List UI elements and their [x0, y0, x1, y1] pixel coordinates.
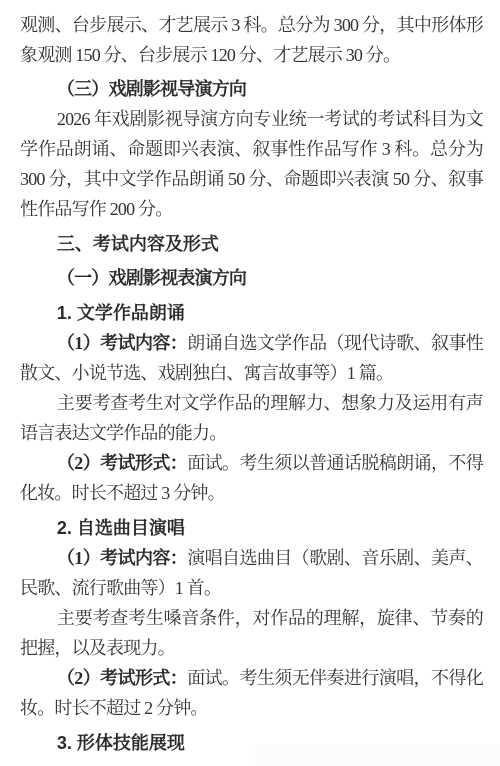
bold-label-run: （1）考试内容： — [57, 548, 187, 568]
para-body-scores-continuation: 观测、台步展示、才艺展示 3 科。总分为 300 分，其中形体形象观测 150 … — [20, 10, 483, 70]
bold-label-run: （三）戏剧影视导演方向 — [57, 79, 246, 99]
para-recitation-assessment: 主要考查考生对文学作品的理解力、想象力及运用有声语言表达文学作品的能力。 — [20, 388, 483, 448]
heading-section-3-exam-content-format: 三、考试内容及形式 — [20, 229, 483, 259]
heading-2-self-selected-song-singing: 2. 自选曲目演唱 — [20, 513, 483, 543]
text-run: 2026 年戏剧影视导演方向专业统一考试的考试科目为文学作品朗诵、命题即兴表演、… — [20, 109, 483, 219]
heading-1-literary-work-recitation: 1. 文学作品朗诵 — [20, 298, 483, 328]
heading-drama-film-performance-direction: （一）戏剧影视表演方向 — [20, 263, 483, 293]
bold-label-run: （2）考试形式： — [57, 453, 187, 473]
heading-drama-film-directing-direction: （三）戏剧影视导演方向 — [20, 74, 483, 104]
para-directing-exam-subjects: 2026 年戏剧影视导演方向专业统一考试的考试科目为文学作品朗诵、命题即兴表演、… — [20, 104, 483, 224]
bold-label-run: （1）考试内容： — [57, 333, 187, 353]
bold-label-run: 2. 自选曲目演唱 — [57, 518, 185, 538]
document-content: 观测、台步展示、才艺展示 3 科。总分为 300 分，其中形体形象观测 150 … — [0, 0, 500, 758]
bold-label-run: 3. 形体技能展现 — [57, 733, 185, 753]
text-run: 主要考查考生对文学作品的理解力、想象力及运用有声语言表达文学作品的能力。 — [20, 393, 483, 443]
document-page: 观测、台步展示、才艺展示 3 科。总分为 300 分，其中形体形象观测 150 … — [0, 0, 500, 766]
para-recitation-exam-content: （1）考试内容：朗诵自选文学作品（现代诗歌、叙事性散文、小说节选、戏剧独白、寓言… — [20, 328, 483, 388]
para-singing-exam-content: （1）考试内容：演唱自选曲目（歌剧、音乐剧、美声、民歌、流行歌曲等）1 首。 — [20, 543, 483, 603]
text-run: 主要考查考生嗓音条件，对作品的理解，旋律、节奏的把握，以及表现力。 — [20, 608, 483, 658]
text-run: 观测、台步展示、才艺展示 3 科。总分为 300 分，其中形体形象观测 150 … — [20, 15, 483, 65]
bold-label-run: （2）考试形式： — [57, 668, 187, 688]
bold-label-run: 三、考试内容及形式 — [57, 234, 219, 254]
scan-artifact — [255, 744, 500, 766]
para-recitation-exam-format: （2）考试形式：面试。考生须以普通话脱稿朗诵，不得化妆。时长不超过 3 分钟。 — [20, 448, 483, 508]
bold-label-run: （一）戏剧影视表演方向 — [57, 268, 246, 288]
para-singing-assessment: 主要考查考生嗓音条件，对作品的理解，旋律、节奏的把握，以及表现力。 — [20, 603, 483, 663]
bold-label-run: 1. 文学作品朗诵 — [57, 303, 185, 323]
para-singing-exam-format: （2）考试形式：面试。考生须无伴奏进行演唱，不得化妆。时长不超过 2 分钟。 — [20, 663, 483, 723]
